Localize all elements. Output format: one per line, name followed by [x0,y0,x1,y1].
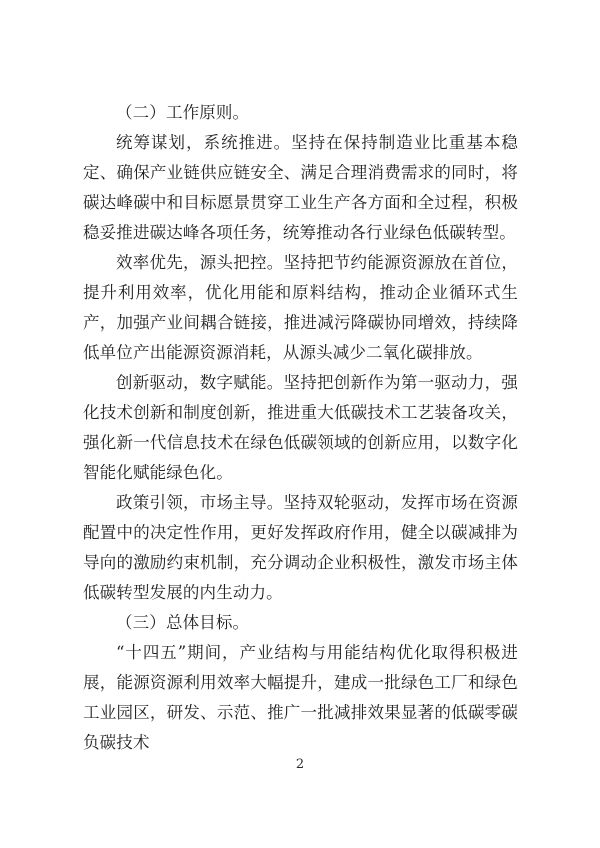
section-heading-overall-goals: （三）总体目标。 [83,608,518,638]
paragraph-efficiency-first: 效率优先，源头把控。坚持把节约能源资源放在首位，提升利用效率，优化用能和原料结构… [83,248,518,368]
paragraph-policy-guidance: 政策引领，市场主导。坚持双轮驱动，发挥市场在资源配置中的决定性作用，更好发挥政府… [83,488,518,608]
section-heading-work-principles: （二）工作原则。 [83,98,518,128]
document-page: （二）工作原则。 统筹谋划，系统推进。坚持在保持制造业比重基本稳定、确保产业链供… [0,0,600,848]
paragraph-14th-five-year-period: “十四五”期间，产业结构与用能结构优化取得积极进展，能源资源利用效率大幅提升，建… [83,638,518,758]
document-body: （二）工作原则。 统筹谋划，系统推进。坚持在保持制造业比重基本稳定、确保产业链供… [83,98,518,758]
paragraph-coordinated-planning: 统筹谋划，系统推进。坚持在保持制造业比重基本稳定、确保产业链供应链安全、满足合理… [83,128,518,248]
page-number: 2 [0,756,600,774]
paragraph-innovation-driven: 创新驱动，数字赋能。坚持把创新作为第一驱动力，强化技术创新和制度创新，推进重大低… [83,368,518,488]
